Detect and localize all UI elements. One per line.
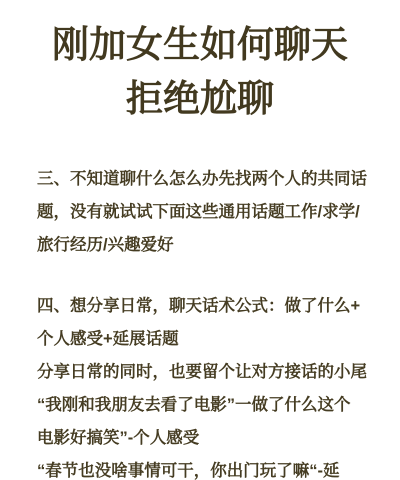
note-page: 刚加女生如何聊天 拒绝尬聊 三、不知道聊什么怎么办先找两个人的共同话 题，没有就… xyxy=(0,0,400,480)
body-text: 三、不知道聊什么怎么办先找两个人的共同话 题，没有就试试下面这些通用话题工作/求… xyxy=(0,163,400,480)
text-line: “我刚和我朋友去看了电影”一做了什么这个 xyxy=(37,389,380,422)
text-line: 电影好搞笑”-个人感受 xyxy=(37,422,380,455)
text-line: “春节也没啥事情可干，你出门玩了嘛“-延 xyxy=(37,455,380,480)
text-line: 四、想分享日常，聊天话术公式：做了什么+ xyxy=(37,290,380,323)
page-title: 刚加女生如何聊天 拒绝尬聊 xyxy=(0,18,400,126)
text-line: 三、不知道聊什么怎么办先找两个人的共同话 xyxy=(37,163,380,196)
paragraph-point-three: 三、不知道聊什么怎么办先找两个人的共同话 题，没有就试试下面这些通用话题工作/求… xyxy=(37,163,380,262)
text-line: 个人感受+延展话题 xyxy=(37,323,380,356)
text-line: 分享日常的同时，也要留个让对方接话的小尾 xyxy=(37,356,380,389)
paragraph-point-four: 四、想分享日常，聊天话术公式：做了什么+ 个人感受+延展话题 分享日常的同时，也… xyxy=(37,290,380,480)
text-line: 旅行经历/兴趣爱好 xyxy=(37,229,380,262)
text-line: 题，没有就试试下面这些通用话题工作/求学/ xyxy=(37,196,380,229)
title-line-1: 刚加女生如何聊天 xyxy=(0,18,400,72)
title-line-2: 拒绝尬聊 xyxy=(0,72,400,126)
